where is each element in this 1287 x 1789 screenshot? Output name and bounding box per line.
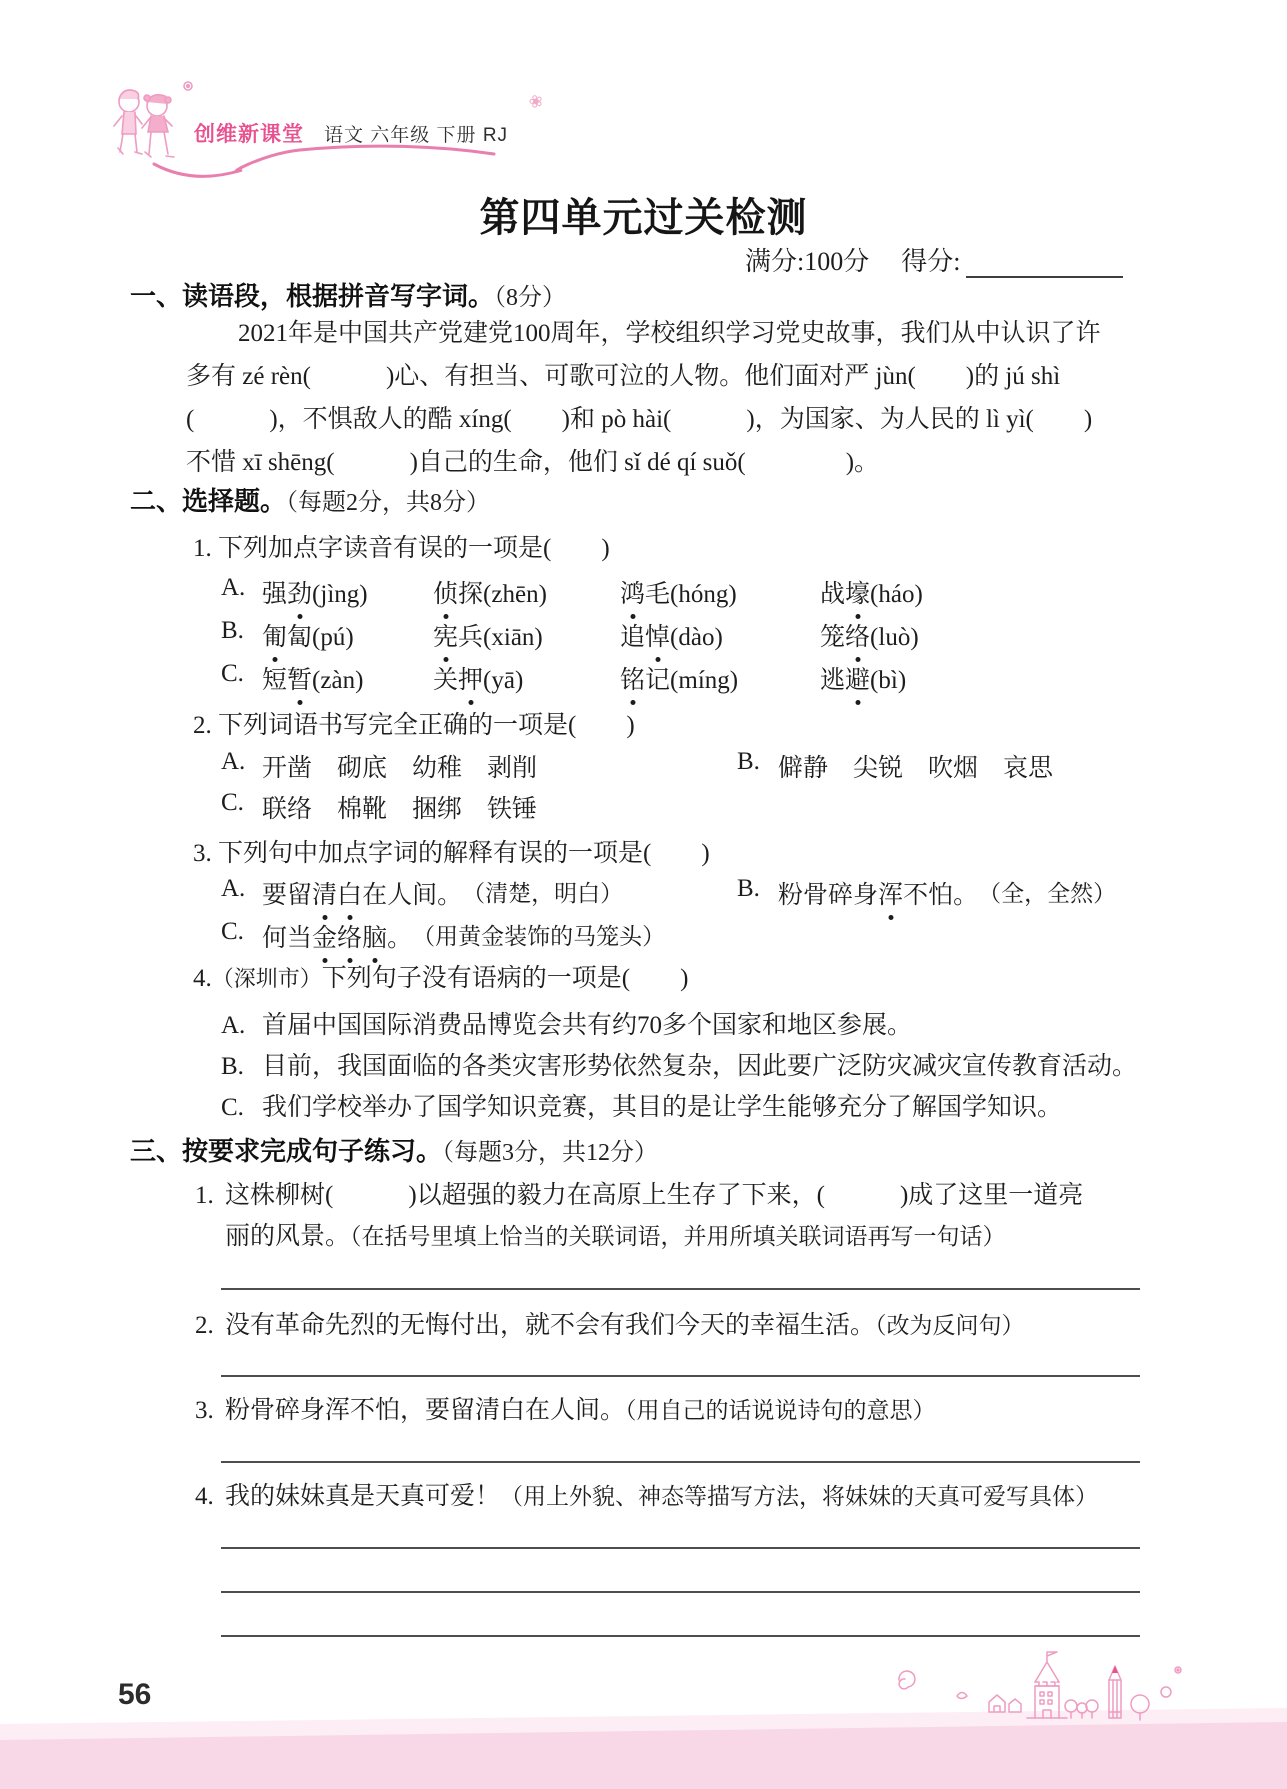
word-with-pinyin: 关押(yā) [433, 660, 620, 696]
instruction-note: （在括号里填上恰当的关联词语，并用所填关联词语再写一句话） [350, 1224, 1006, 1249]
book-meta: 语文 六年级 下册 RJ [324, 120, 508, 147]
q1-option-row-b: B. 匍匐(pú) 宪兵(xiān) 追悼(dào) 笼络(luò) [221, 617, 919, 653]
item-sentence: 没有革命先烈的无悔付出，就不会有我们今天的幸福生活。 [225, 1312, 875, 1339]
answer-line[interactable] [221, 1375, 1140, 1377]
brand-logo-text: 创维新课堂 [194, 118, 304, 148]
question-number: 4. [193, 965, 212, 992]
gloss-note: （用黄金装饰的马笼头） [412, 918, 665, 954]
q1-option-row-c: C. 短暂(zàn) 关押(yā) 铭记(míng) 逃避(bì) [221, 660, 906, 696]
q1-option-row-a: A. 强劲(jìng) 侦探(zhēn) 鸿毛(hóng) 战壕(háo) [221, 574, 923, 610]
pinyin-passage: 2021年是中国共产党建党100周年，学校组织学习党史故事，我们从中认识了许 多… [186, 312, 1161, 484]
passage-line: 2021年是中国共产党建党100周年，学校组织学习党史故事，我们从中认识了许 [186, 312, 1161, 355]
instruction-note: （用上外貌、神态等描写方法，将妹妹的天真可爱写具体） [500, 1484, 1098, 1509]
word-with-pinyin: 匍匐(pú) [262, 617, 433, 653]
option-label: B. [221, 1046, 262, 1087]
score-label: 得分: [901, 241, 960, 278]
option-words: 开凿 砌底 幼稚 剥削 [262, 748, 537, 784]
option-text: 目前，我国面临的各类灾害形势依然复杂，因此要广泛防灾减灾宣传教育活动。 [262, 1046, 1137, 1087]
option-label: C. [221, 660, 262, 696]
item-text: 没有革命先烈的无悔付出，就不会有我们今天的幸福生活。（改为反问句） [225, 1305, 1025, 1346]
q2-option-b: B. 僻静 尖锐 吹烟 哀思 [737, 748, 1053, 784]
sentence-item-1: 1. 这株柳树( )以超强的毅力在高原上生存了下来，( )成了这里一道亮 丽的风… [195, 1175, 1083, 1257]
q3-option-a: A. 要留清白在人间。 （清楚，明白） [221, 875, 623, 911]
word-with-pinyin: 战壕(háo) [820, 574, 923, 610]
section-2-heading: 二、选择题。（每题2分，共8分） [130, 481, 490, 518]
score-blank-line[interactable] [966, 246, 1123, 278]
word-with-pinyin: 鸿毛(hóng) [620, 574, 820, 610]
header: 创维新课堂 语文 六年级 下册 RJ [194, 118, 508, 148]
word-with-pinyin: 侦探(zhēn) [433, 574, 620, 610]
option-label: A. [221, 875, 262, 911]
section-1-points-note: （8分） [494, 285, 566, 311]
word-with-pinyin: 逃避(bì) [820, 660, 906, 696]
sentence-item-4: 4. 我的妹妹真是天真可爱！（用上外貌、神态等描写方法，将妹妹的天真可爱写具体） [195, 1476, 1098, 1517]
item-number: 4. [195, 1476, 225, 1517]
section-2-points-note: （每题2分，共8分） [286, 490, 490, 516]
item-text: 这株柳树( )以超强的毅力在高原上生存了下来，( )成了这里一道亮 丽的风景。（… [225, 1175, 1083, 1257]
sentence-item-3: 3. 粉骨碎身浑不怕，要留清白在人间。（用自己的话说说诗句的意思） [195, 1390, 936, 1431]
answer-line[interactable] [221, 1591, 1140, 1593]
q4-option-c: C. 我们学校举办了国学知识竞赛，其目的是让学生能够充分了解国学知识。 [221, 1087, 1137, 1128]
option-label: B. [737, 748, 778, 784]
item-number: 2. [195, 1305, 225, 1346]
score-line: 满分:100分 得分: [745, 241, 1123, 278]
question-4-stem-text: 下列句子没有语病的一项是( ) [322, 965, 689, 992]
answer-line[interactable] [221, 1461, 1140, 1463]
option-label: B. [221, 617, 262, 653]
option-label: A. [221, 574, 262, 610]
option-text: 首届中国国际消费品博览会共有约70多个国家和地区参展。 [262, 1005, 912, 1046]
option-text: 我们学校举办了国学知识竞赛，其目的是让学生能够充分了解国学知识。 [262, 1087, 1062, 1128]
word-with-pinyin: 铭记(míng) [620, 660, 820, 696]
page-number: 56 [118, 1678, 151, 1712]
section-3-heading: 三、按要求完成句子练习。（每题3分，共12分） [130, 1131, 658, 1168]
item-text-continue: 丽的风景。 [225, 1223, 350, 1250]
q3-option-b: B. 粉骨碎身浑不怕。 （全，全然） [737, 875, 1116, 911]
instruction-note: （改为反问句） [875, 1313, 1025, 1338]
word-with-pinyin: 笼络(luò) [820, 617, 919, 653]
word-with-pinyin: 宪兵(xiān) [433, 617, 620, 653]
page-title: 第四单元过关检测 [0, 186, 1287, 243]
sentence-item-2: 2. 没有革命先烈的无悔付出，就不会有我们今天的幸福生活。（改为反问句） [195, 1305, 1025, 1346]
section-3-heading-text: 三、按要求完成句子练习。 [130, 1136, 442, 1166]
passage-line: 多有 zé rèn( )心、有担当、可歌可泣的人物。他们面对严 jùn( )的 … [186, 355, 1161, 398]
section-1-heading-text: 一、读语段，根据拼音写字词。 [130, 281, 494, 311]
question-1-stem: 1. 下列加点字读音有误的一项是( ) [193, 528, 610, 564]
section-2-heading-text: 二、选择题。 [130, 486, 286, 516]
item-number: 1. [195, 1175, 225, 1257]
gloss-note: （清楚，明白） [462, 875, 623, 911]
item-text-line: 这株柳树( )以超强的毅力在高原上生存了下来，( )成了这里一道亮 [225, 1175, 1083, 1216]
word-with-pinyin: 强劲(jìng) [262, 574, 433, 610]
option-label: A. [221, 748, 262, 784]
q4-options: A. 首届中国国际消费品博览会共有约70多个国家和地区参展。 B. 目前，我国面… [221, 1005, 1137, 1128]
q4-option-b: B. 目前，我国面临的各类灾害形势依然复杂，因此要广泛防灾减灾宣传教育活动。 [221, 1046, 1137, 1087]
q3-option-c: C. 何当金络脑。 （用黄金装饰的马笼头） [221, 918, 665, 954]
flower-icon: ❀ [526, 90, 546, 113]
option-label: A. [221, 1005, 262, 1046]
answer-line[interactable] [221, 1547, 1140, 1549]
section-3-points-note: （每题3分，共12分） [442, 1140, 658, 1166]
option-label: B. [737, 875, 778, 911]
passage-line: 不惜 xī shēng( )自己的生命，他们 sǐ dé qí suǒ( )。 [186, 441, 1161, 484]
item-sentence: 我的妹妹真是天真可爱！ [225, 1483, 500, 1510]
sentence-with-dots: 要留清白在人间。 [262, 875, 462, 911]
gloss-note: （全，全然） [978, 875, 1116, 911]
option-label: C. [221, 1087, 262, 1128]
word-with-pinyin: 短暂(zàn) [262, 660, 433, 696]
q2-option-a: A. 开凿 砌底 幼稚 剥削 [221, 748, 537, 784]
option-words: 僻静 尖锐 吹烟 哀思 [778, 748, 1053, 784]
item-number: 3. [195, 1390, 225, 1431]
word-with-pinyin: 追悼(dào) [620, 617, 820, 653]
worksheet-page: 创维新课堂 语文 六年级 下册 RJ ❀ 第四单元过关检测 满分:100分 得分… [0, 0, 1287, 1789]
footer-illustration [885, 1640, 1185, 1750]
item-text: 我的妹妹真是天真可爱！（用上外貌、神态等描写方法，将妹妹的天真可爱写具体） [225, 1476, 1098, 1517]
option-words: 联络 棉靴 捆绑 铁锤 [262, 789, 537, 825]
question-4-stem: 4.（深圳市）下列句子没有语病的一项是( ) [193, 958, 688, 994]
q2-option-c: C. 联络 棉靴 捆绑 铁锤 [221, 789, 537, 825]
source-tag: （深圳市） [212, 966, 322, 991]
answer-line[interactable] [221, 1635, 1140, 1637]
instruction-note: （用自己的话说说诗句的意思） [625, 1398, 936, 1423]
section-1-heading: 一、读语段，根据拼音写字词。（8分） [130, 276, 566, 313]
sentence-with-dots: 粉骨碎身浑不怕。 [778, 875, 978, 911]
option-label: C. [221, 918, 262, 954]
passage-line: ( )，不惧敌人的酷 xíng( )和 pò hài( )，为国家、为人民的 l… [186, 398, 1161, 441]
question-3-stem: 3. 下列句中加点字词的解释有误的一项是( ) [193, 833, 710, 869]
item-text: 粉骨碎身浑不怕，要留清白在人间。（用自己的话说说诗句的意思） [225, 1390, 936, 1431]
sentence-with-dots: 何当金络脑。 [262, 918, 412, 954]
q4-option-a: A. 首届中国国际消费品博览会共有约70多个国家和地区参展。 [221, 1005, 1137, 1046]
answer-line[interactable] [221, 1288, 1140, 1290]
full-score-label: 满分:100分 [745, 241, 869, 278]
option-label: C. [221, 789, 262, 825]
item-text-line: 丽的风景。（在括号里填上恰当的关联词语，并用所填关联词语再写一句话） [225, 1216, 1083, 1257]
question-2-stem: 2. 下列词语书写完全正确的一项是( ) [193, 705, 635, 741]
item-sentence: 粉骨碎身浑不怕，要留清白在人间。 [225, 1397, 625, 1424]
